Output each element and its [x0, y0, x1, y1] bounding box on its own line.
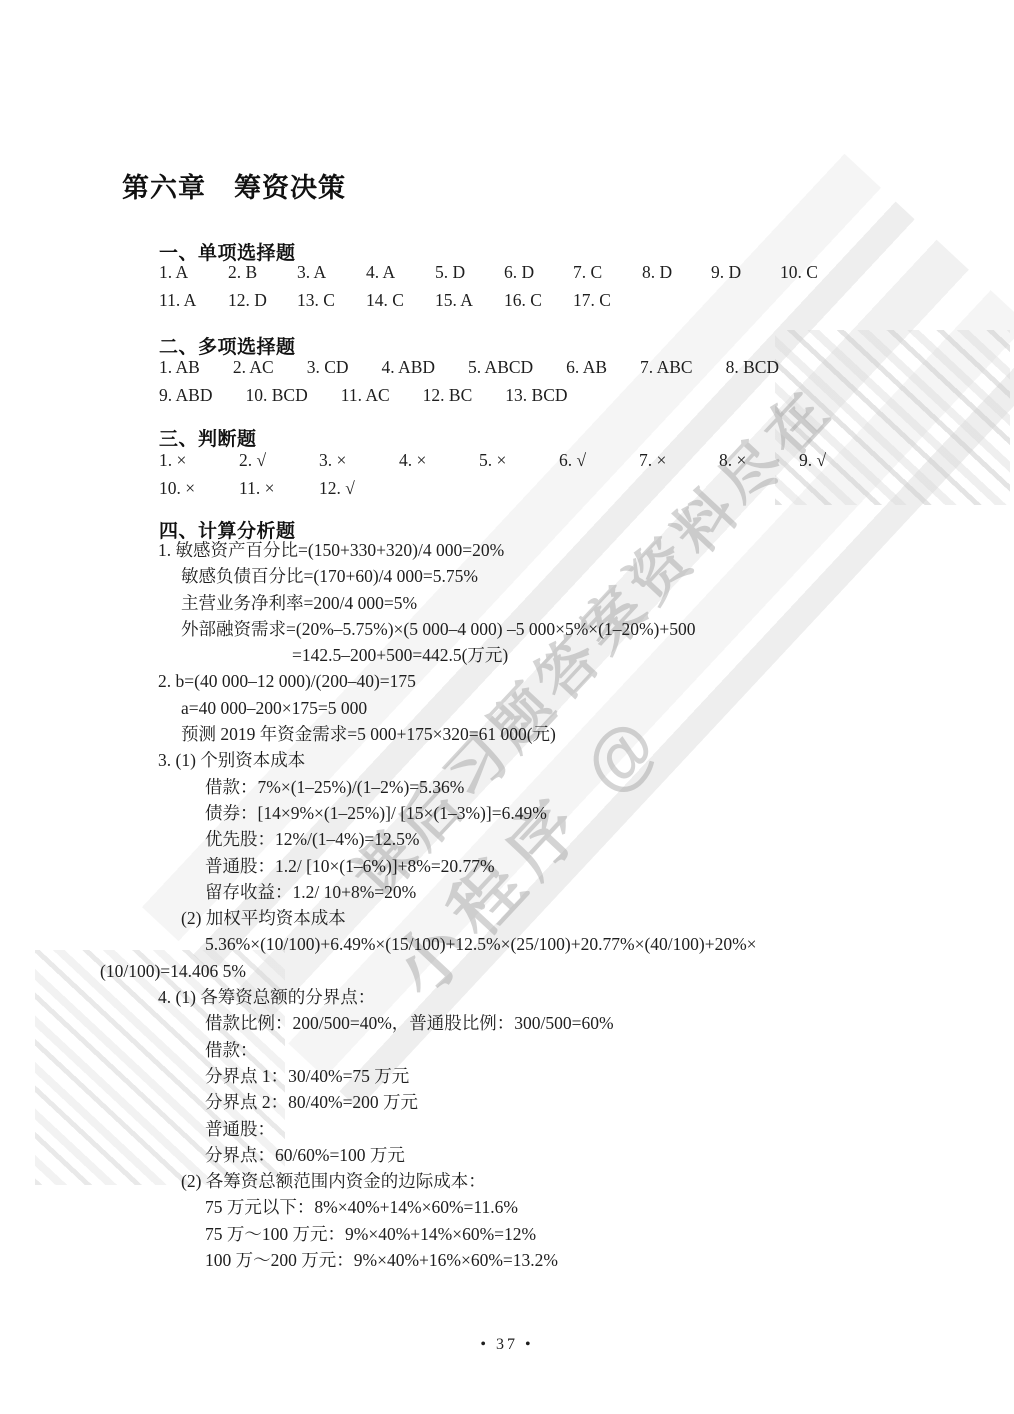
calculation-line: 75 万元以下：8%×40%+14%×60%=11.6%	[205, 1194, 1014, 1220]
answer-item: 11. ×	[239, 478, 319, 499]
calculation-line: 分界点 2：80/40%=200 万元	[205, 1089, 1014, 1115]
calculation-line: 借款：7%×(1–25%)/(1–2%)=5.36%	[205, 774, 1014, 800]
section-heading-judgment: 三、判断题	[159, 424, 257, 451]
answer-item: 10. BCD	[245, 385, 307, 406]
answer-item: 8. D	[642, 262, 711, 283]
calculation-line: 预测 2019 年资金需求=5 000+175×320=61 000(元)	[181, 721, 1014, 747]
answer-item: 5. ×	[479, 450, 559, 471]
answer-item: 17. C	[573, 290, 642, 311]
answer-item: 10. ×	[159, 478, 239, 499]
answer-item: 13. BCD	[505, 385, 567, 406]
calculation-line: 分界点：60/60%=100 万元	[205, 1142, 1014, 1168]
answer-item: 13. C	[297, 290, 366, 311]
chapter-title: 第六章 筹资决策	[122, 166, 346, 205]
answer-item: 8. BCD	[726, 357, 779, 378]
answer-item: 12. D	[228, 290, 297, 311]
answer-item: 16. C	[504, 290, 573, 311]
answer-item: 14. C	[366, 290, 435, 311]
answer-item: 4. ×	[399, 450, 479, 471]
watermark-streaks-top-right	[775, 330, 1010, 505]
page-number: • 37 •	[0, 1336, 1014, 1354]
judgment-answers-row1: 1. ×2. √3. ×4. ×5. ×6. √7. ×8. ×9. √	[159, 450, 879, 471]
answer-item: 7. ×	[639, 450, 719, 471]
answer-item: 3. ×	[319, 450, 399, 471]
calculation-line: 100 万～200 万元：9%×40%+16%×60%=13.2%	[205, 1247, 1014, 1273]
answer-item: 5. ABCD	[468, 357, 533, 378]
answer-item: 9. √	[799, 450, 879, 471]
calculation-line: 敏感负债百分比=(170+60)/4 000=5.75%	[181, 563, 1014, 589]
section-heading-multiple-choice: 二、多项选择题	[159, 332, 296, 359]
answer-item: 3. A	[297, 262, 366, 283]
single-choice-answers-row2: 11. A12. D13. C14. C15. A16. C17. C	[159, 290, 642, 311]
answer-item: 3. CD	[307, 357, 349, 378]
answer-item: 12. BC	[423, 385, 473, 406]
calculation-line: 2. b=(40 000–12 000)/(200–40)=175	[158, 668, 1014, 694]
answer-item: 7. ABC	[640, 357, 693, 378]
calculation-line: a=40 000–200×175=5 000	[181, 695, 1014, 721]
answer-item: 4. A	[366, 262, 435, 283]
answer-item: 1. AB	[159, 357, 200, 378]
book-page: 课后习题答案资料尽在 小程序 @ 第六章 筹资决策 一、单项选择题 1. A2.…	[0, 0, 1014, 1414]
judgment-answers-row2: 10. ×11. ×12. √	[159, 478, 399, 499]
answer-item: 7. C	[573, 262, 642, 283]
calculation-line: 外部融资需求=(20%–5.75%)×(5 000–4 000) –5 000×…	[181, 616, 1014, 642]
answer-item: 8. ×	[719, 450, 799, 471]
single-choice-answers-row1: 1. A2. B3. A4. A5. D6. D7. C8. D9. D10. …	[159, 262, 849, 283]
calculation-line: 普通股：1.2/ [10×(1–6%)]+8%=20.77%	[205, 853, 1014, 879]
answer-item: 6. D	[504, 262, 573, 283]
calculation-line: 债券：[14×9%×(1–25%)]/ [15×(1–3%)]=6.49%	[205, 800, 1014, 826]
calculation-line: (2) 加权平均资本成本	[181, 905, 1014, 931]
answer-item: 15. A	[435, 290, 504, 311]
answer-item: 11. A	[159, 290, 228, 311]
calculation-line: 75 万～100 万元：9%×40%+14%×60%=12%	[205, 1221, 1014, 1247]
multiple-choice-answers-row2: 9. ABD10. BCD11. AC12. BC13. BCD	[159, 385, 568, 406]
calculation-line: 留存收益：1.2/ 10+8%=20%	[205, 879, 1014, 905]
multiple-choice-answers-row1: 1. AB2. AC3. CD4. ABD5. ABCD6. AB7. ABC8…	[159, 357, 779, 378]
calculation-line: (2) 各筹资总额范围内资金的边际成本：	[181, 1168, 1014, 1194]
calculation-line: =142.5–200+500=442.5(万元)	[292, 642, 1014, 668]
calculation-line: 优先股：12%/(1–4%)=12.5%	[205, 826, 1014, 852]
calculation-line: (10/100)=14.406 5%	[100, 958, 1014, 984]
answer-item: 11. AC	[341, 385, 390, 406]
answer-item: 4. ABD	[382, 357, 435, 378]
calculation-line: 3. (1) 个别资本成本	[158, 747, 1014, 773]
answer-item: 6. √	[559, 450, 639, 471]
answer-item: 1. A	[159, 262, 228, 283]
answer-item: 2. AC	[233, 357, 274, 378]
calculation-line: 分界点 1：30/40%=75 万元	[205, 1063, 1014, 1089]
calculation-solutions: 1. 敏感资产百分比=(150+330+320)/4 000=20%敏感负债百分…	[0, 537, 1014, 1273]
calculation-line: 借款：	[205, 1037, 1014, 1063]
answer-item: 9. ABD	[159, 385, 212, 406]
answer-item: 2. B	[228, 262, 297, 283]
calculation-line: 1. 敏感资产百分比=(150+330+320)/4 000=20%	[158, 537, 1014, 563]
calculation-line: 5.36%×(10/100)+6.49%×(15/100)+12.5%×(25/…	[205, 931, 1014, 957]
answer-item: 12. √	[319, 478, 399, 499]
calculation-line: 借款比例：200/500=40%，普通股比例：300/500=60%	[205, 1010, 1014, 1036]
answer-item: 6. AB	[566, 357, 607, 378]
answer-item: 10. C	[780, 262, 849, 283]
answer-item: 2. √	[239, 450, 319, 471]
answer-item: 9. D	[711, 262, 780, 283]
calculation-line: 普通股：	[205, 1116, 1014, 1142]
calculation-line: 4. (1) 各筹资总额的分界点：	[158, 984, 1014, 1010]
answer-item: 1. ×	[159, 450, 239, 471]
section-heading-single-choice: 一、单项选择题	[159, 238, 296, 265]
answer-item: 5. D	[435, 262, 504, 283]
calculation-line: 主营业务净利率=200/4 000=5%	[181, 590, 1014, 616]
